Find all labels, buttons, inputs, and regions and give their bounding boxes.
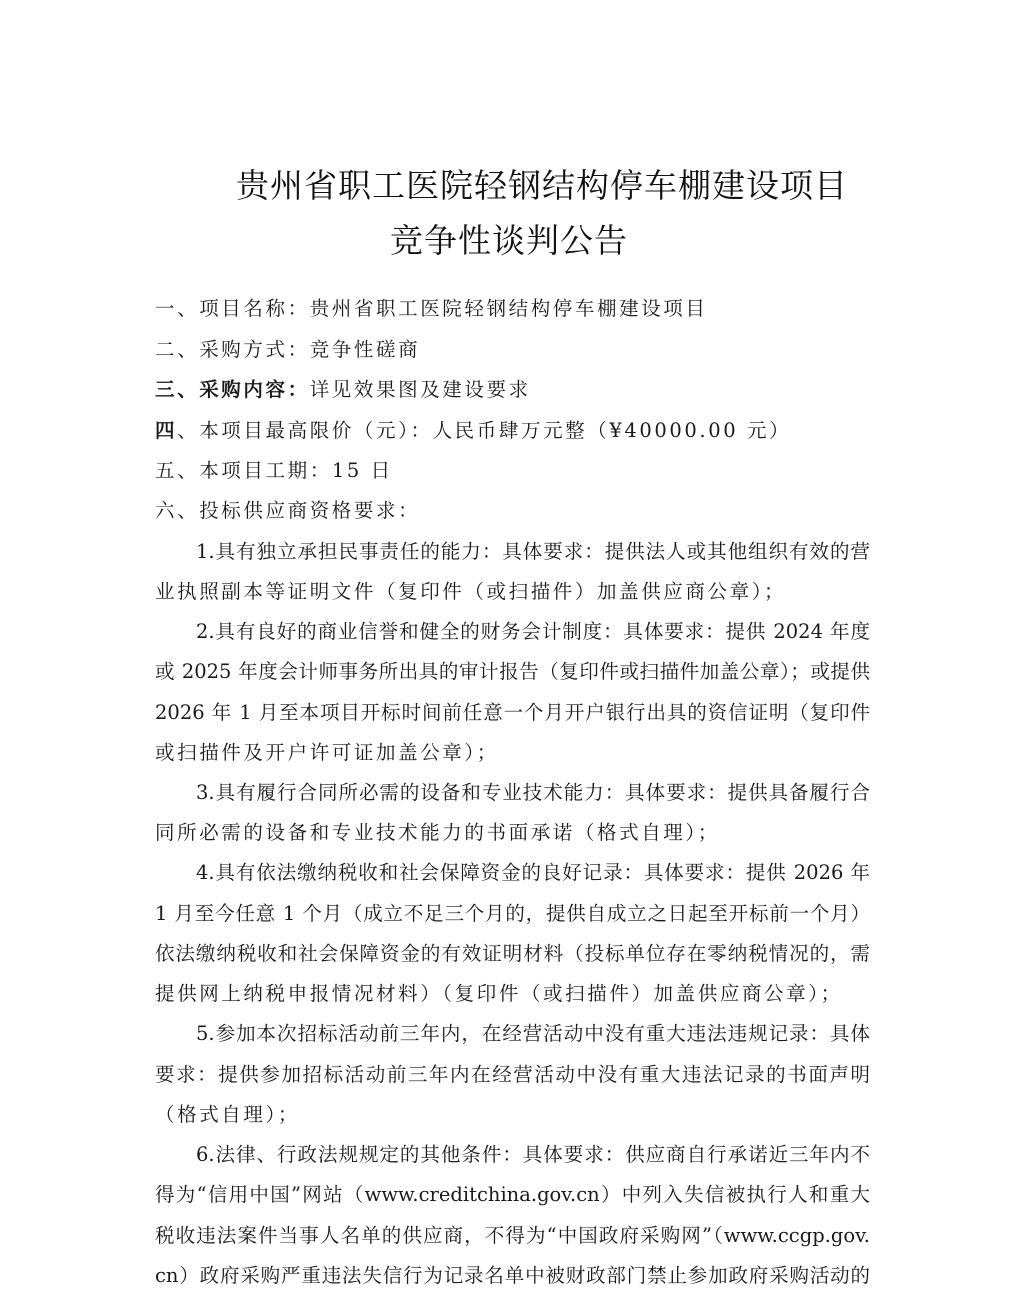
requirement-4-line-3: 依法缴纳税收和社会保障资金的有效证明材料（投标单位存在零纳税情况的，需	[155, 941, 870, 967]
requirement-2-line-4: 或扫描件及开户许可证加盖公章）；	[155, 740, 870, 766]
section-procurement-method: 二、采购方式：竞争性磋商	[155, 337, 870, 363]
requirement-3-line-1: 3.具有履行合同所必需的设备和专业技术能力：具体要求：提供具备履行合	[196, 780, 870, 806]
section-number: 四	[155, 419, 177, 442]
requirement-4-line-1: 4.具有依法缴纳税收和社会保障资金的良好记录：具体要求：提供 2026 年	[196, 860, 870, 886]
section-label: 五、本项目工期：	[155, 459, 332, 482]
section-procurement-content: 三、采购内容：详见效果图及建设要求	[155, 377, 870, 403]
requirement-2-line-1: 2.具有良好的商业信誉和健全的财务会计制度：具体要求：提供 2024 年度	[196, 619, 870, 645]
section-label: 、本项目最高限价（元）：	[177, 419, 432, 442]
section-label: 一、项目名称：	[155, 297, 310, 320]
requirement-1-line-2: 业执照副本等证明文件（复印件（或扫描件）加盖供应商公章）；	[155, 579, 870, 605]
section-label: 三、采购内容：	[155, 378, 310, 401]
section-value: 人民币肆万元整（¥40000.00 元）	[433, 419, 792, 442]
requirement-2-line-2: 或 2025 年度会计师事务所出具的审计报告（复印件或扫描件加盖公章）；或提供	[155, 659, 870, 685]
section-value: 贵州省职工医院轻钢结构停车棚建设项目	[310, 297, 708, 320]
section-label: 二、采购方式：	[155, 338, 310, 361]
requirement-5-line-2: 要求：提供参加招标活动前三年内在经营活动中没有重大违法记录的书面声明	[155, 1062, 870, 1088]
document-title-line-1: 贵州省职工医院轻钢结构停车棚建设项目	[30, 160, 1024, 207]
section-value: 竞争性磋商	[310, 338, 421, 361]
requirement-6-line-2: 得为“信用中国”网站（www.creditchina.gov.cn）中列入失信被…	[155, 1182, 870, 1208]
section-value: 15 日	[332, 459, 393, 482]
requirement-2-line-3: 2026 年 1 月至本项目开标时间前任意一个月开户银行出具的资信证明（复印件	[155, 700, 870, 726]
section-label: 六、投标供应商资格要求：	[155, 499, 420, 522]
document-title-line-2: 竞争性谈判公告	[0, 215, 1021, 262]
requirement-1-line-1: 1.具有独立承担民事责任的能力：具体要求：提供法人或其他组织有效的营	[196, 539, 870, 565]
requirement-3-line-2: 同所必需的设备和专业技术能力的书面承诺（格式自理）；	[155, 820, 870, 846]
requirement-5-line-3: （格式自理）；	[155, 1102, 870, 1128]
requirement-4-line-2: 1 月至今任意 1 个月（成立不足三个月的，提供自成立之日起至开标前一个月）	[155, 901, 870, 927]
section-project-name: 一、项目名称：贵州省职工医院轻钢结构停车棚建设项目	[155, 296, 870, 322]
document-page: 贵州省职工医院轻钢结构停车棚建设项目 竞争性谈判公告 一、项目名称：贵州省职工医…	[0, 0, 1024, 1290]
requirement-6-line-4: cn）政府采购严重违法失信行为记录名单中被财政部门禁止参加政府采购活动的	[155, 1263, 870, 1289]
requirement-6-line-1: 6.法律、行政法规规定的其他条件：具体要求：供应商自行承诺近三年内不	[196, 1142, 870, 1168]
section-value: 详见效果图及建设要求	[310, 378, 531, 401]
requirement-5-line-1: 5.参加本次招标活动前三年内，在经营活动中没有重大违法违规记录：具体	[196, 1021, 870, 1047]
section-qualifications: 六、投标供应商资格要求：	[155, 498, 870, 524]
requirement-4-line-4: 提供网上纳税申报情况材料）（复印件（或扫描件）加盖供应商公章）；	[155, 981, 870, 1007]
section-max-price: 四、本项目最高限价（元）：人民币肆万元整（¥40000.00 元）	[155, 418, 870, 444]
requirement-6-line-3: 税收违法案件当事人名单的供应商，不得为“中国政府采购网”（www.ccgp.go…	[155, 1223, 870, 1249]
section-duration: 五、本项目工期：15 日	[155, 458, 870, 484]
